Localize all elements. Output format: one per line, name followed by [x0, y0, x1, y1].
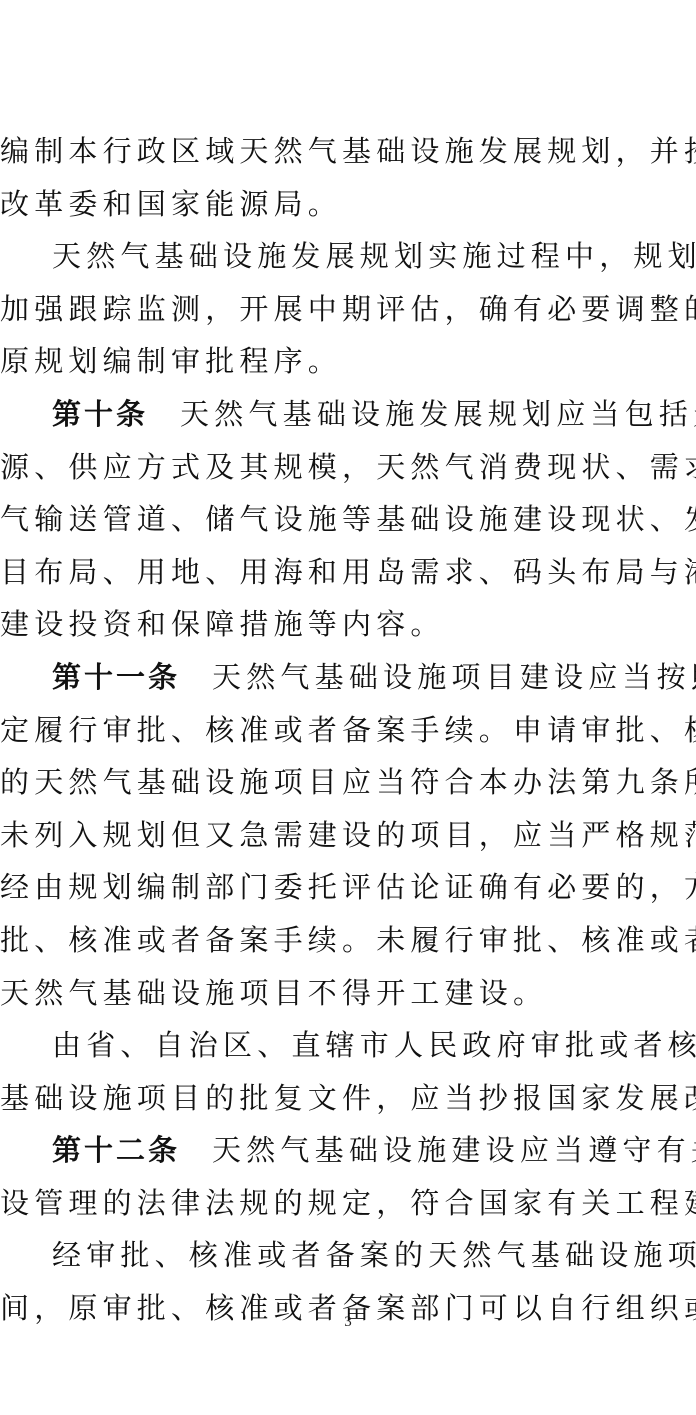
text-line: 改革委和国家能源局。 — [0, 182, 696, 235]
text-line: 的天然气基础设施项目应当符合本办法第九条所述规划。对 — [0, 760, 696, 813]
text-line: 天然气基础设施发展规划应当包括天然气气 — [180, 397, 696, 431]
text-line: 编制本行政区域天然气基础设施发展规划，并抄报国家发展 — [0, 129, 696, 182]
text-line: 建设投资和保障措施等内容。 — [0, 602, 696, 655]
text-line: 气输送管道、储气设施等基础设施建设现状、发展目标、项 — [0, 497, 696, 550]
text-line: 天然气基础设施项目建设应当按照有关规 — [212, 660, 696, 694]
text-line: 未列入规划但又急需建设的项目，应当严格规范审查程序， — [0, 813, 696, 866]
text-line: 定履行审批、核准或者备案手续。申请审批、核准或者备案 — [0, 708, 696, 761]
text-line: 天然气基础设施建设应当遵守有关工程建 — [212, 1133, 696, 1167]
text-line: 经由规划编制部门委托评估论证确有必要的，方可履行审 — [0, 865, 696, 918]
text-line: 目布局、用地、用海和用岛需求、码头布局与港口岸线利用、 — [0, 550, 696, 603]
text-line: 基础设施项目的批复文件，应当抄报国家发展改革委。 — [0, 1076, 696, 1129]
text-line: 源、供应方式及其规模，天然气消费现状、需求预测，天然 — [0, 445, 696, 498]
document-page: 编制本行政区域天然气基础设施发展规划，并抄报国家发展 改革委和国家能源局。 天然… — [0, 129, 696, 1339]
paragraph-first-line: 经审批、核准或者备案的天然气基础设施项目建设期 — [0, 1233, 696, 1286]
paragraph-first-line: 由省、自治区、直辖市人民政府审批或者核准的天然气 — [0, 1023, 696, 1076]
paragraph-first-line: 天然气基础设施发展规划实施过程中，规划编制部门要 — [0, 234, 696, 287]
article-heading: 第十条 — [52, 397, 148, 431]
article-12-first-line: 第十二条天然气基础设施建设应当遵守有关工程建 — [0, 1128, 696, 1181]
article-11-first-line: 第十一条天然气基础设施项目建设应当按照有关规 — [0, 655, 696, 708]
text-line: 批、核准或者备案手续。未履行审批、核准或者备案手续的 — [0, 918, 696, 971]
text-line: 原规划编制审批程序。 — [0, 339, 696, 392]
article-heading: 第十二条 — [52, 1133, 180, 1167]
article-heading: 第十一条 — [52, 660, 180, 694]
text-line: 设管理的法律法规的规定，符合国家有关工程建设标准。 — [0, 1181, 696, 1234]
page-number: 3 — [0, 1314, 696, 1331]
article-10-first-line: 第十条天然气基础设施发展规划应当包括天然气气 — [0, 392, 696, 445]
text-line: 加强跟踪监测，开展中期评估，确有必要调整的，应当履行 — [0, 287, 696, 340]
text-line: 天然气基础设施项目不得开工建设。 — [0, 971, 696, 1024]
